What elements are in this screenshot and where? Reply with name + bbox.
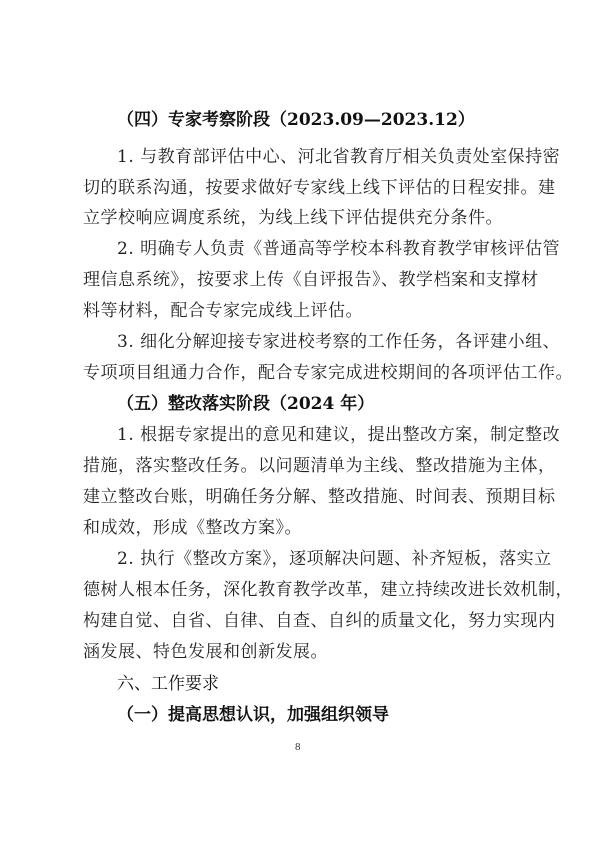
- paragraph-line: 涵发展、特色发展和创新发展。: [83, 641, 527, 663]
- page-number: 8: [295, 741, 301, 753]
- subsection-heading: （一）提高思想认识，加强组织领导: [117, 704, 389, 726]
- paragraph-line: 构建自觉、自省、自律、自查、自纠的质量文化，努力实现内: [83, 610, 527, 632]
- paragraph-line: 1. 与教育部评估中心、河北省教育厅相关负责处室保持密: [117, 146, 527, 168]
- paragraph-line: 德树人根本任务，深化教育教学改革，建立持续改进长效机制，: [83, 579, 527, 601]
- paragraph-line: 2. 执行《整改方案》，逐项解决问题、补齐短板，落实立: [117, 548, 527, 570]
- paragraph-line: 和成效，形成《整改方案》。: [83, 517, 527, 539]
- document-page: （四）专家考察阶段（2023.09—2023.12） 1. 与教育部评估中心、河…: [0, 0, 600, 848]
- paragraph-line: 2. 明确专人负责《普通高等学校本科教育教学审核评估管: [117, 238, 527, 260]
- paragraph-line: 1. 根据专家提出的意见和建议，提出整改方案，制定整改: [117, 424, 527, 446]
- paragraph-line: 建立整改台账，明确任务分解、整改措施、时间表、预期目标: [83, 486, 527, 508]
- paragraph-line: 3. 细化分解迎接专家进校考察的工作任务，各评建小组、: [117, 331, 527, 353]
- paragraph-line: 专项项目组通力合作，配合专家完成进校期间的各项评估工作。: [83, 362, 527, 384]
- chapter-heading: 六、工作要求: [117, 673, 219, 695]
- paragraph-line: 料等材料，配合专家完成线上评估。: [83, 300, 527, 322]
- paragraph-line: 切的联系沟通，按要求做好专家线上线下评估的日程安排。建: [83, 177, 527, 199]
- paragraph-line: 理信息系统》，按要求上传《自评报告》、教学档案和支撑材: [83, 269, 527, 291]
- paragraph-line: 措施，落实整改任务。以问题清单为主线、整改措施为主体，: [83, 455, 527, 477]
- section-heading-4: （四）专家考察阶段（2023.09—2023.12）: [117, 109, 475, 131]
- paragraph-line: 立学校响应调度系统，为线上线下评估提供充分条件。: [83, 207, 527, 229]
- section-heading-5: （五）整改落实阶段（2024 年）: [117, 393, 374, 415]
